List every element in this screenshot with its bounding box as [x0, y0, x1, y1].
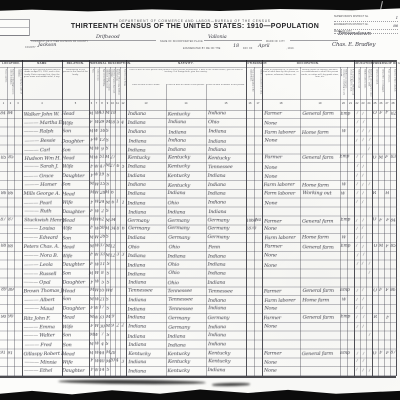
handwritten-cell: Indiana — [208, 305, 258, 312]
handwritten-cell: Emp — [339, 155, 346, 160]
handwritten-cell: M — [89, 342, 94, 347]
column-number: 14 — [166, 102, 206, 105]
handwritten-cell: ∕ — [360, 288, 366, 292]
handwritten-cell: W — [94, 191, 99, 196]
handwritten-cell: Indiana — [207, 279, 257, 286]
handwritten-cell: ∕ — [360, 252, 366, 256]
column-header-text: General nature of industry, business, or… — [301, 69, 339, 98]
handwritten-cell: F — [378, 218, 384, 223]
handwritten-cell: Wd — [106, 289, 111, 294]
handwritten-cell: S — [105, 298, 110, 303]
handwritten-cell: Daughter — [62, 368, 89, 374]
handwritten-cell: ∕ — [354, 138, 360, 142]
handwritten-cell: ∕ — [360, 324, 366, 328]
handwritten-cell: Tennessee — [208, 289, 258, 295]
column-header-text-vertical: Attended school any time since September… — [367, 69, 372, 97]
column-header-text-vertical: Farm or house. — [385, 69, 390, 97]
column-header-text-vertical: House number. — [1, 69, 7, 97]
handwritten-cell: None — [264, 120, 312, 127]
handwritten-cell: ∕ — [366, 146, 372, 150]
handwritten-cell: F — [378, 288, 384, 293]
handwritten-cell: Son — [62, 236, 89, 242]
handwritten-cell: Head — [62, 156, 89, 162]
handwritten-cell: S — [106, 262, 111, 267]
handwritten-cell: F — [384, 110, 390, 115]
handwritten-cell: S — [105, 271, 110, 276]
handwritten-cell: Son — [62, 332, 89, 338]
handwritten-cell: None — [264, 200, 312, 207]
handwritten-cell: ∕ — [360, 359, 366, 363]
handwritten-cell: F — [378, 350, 384, 355]
handwritten-cell: Daughter — [62, 209, 89, 215]
handwritten-cell: Wife — [62, 253, 89, 259]
column-header-text: Place of birth of Mother of this person. — [207, 84, 245, 98]
handwritten-cell: Indiana — [207, 261, 257, 268]
handwritten-cell: Wife — [63, 164, 90, 170]
handwritten-cell: Indiana — [207, 298, 257, 305]
handwritten-cell: S — [105, 129, 110, 134]
column-number: 28 — [390, 102, 396, 105]
handwritten-cell: 40 — [99, 360, 105, 365]
handwritten-cell: 91 — [0, 350, 6, 355]
handwritten-cell: Indiana — [207, 181, 257, 188]
handwritten-cell: 85 — [390, 244, 396, 249]
handwritten-cell: S — [105, 182, 110, 187]
handwritten-cell: O — [372, 351, 378, 356]
table-vertical-line — [396, 60, 397, 376]
handwritten-cell: M — [105, 227, 110, 232]
column-number: 15 — [206, 102, 246, 105]
handwritten-cell: Daughter — [62, 173, 89, 179]
handwritten-cell: M — [89, 146, 94, 151]
census-sheet-scan: STATE Indiana COUNTY Jackson DEPARTMENT … — [0, 0, 400, 400]
handwritten-cell: ∕ — [354, 120, 360, 124]
handwritten-cell: Kentucky — [208, 350, 258, 356]
handwritten-cell: 14 — [99, 368, 105, 373]
column-number: 5 — [62, 102, 89, 105]
nativity-note: Place of birth of each person and parent… — [127, 69, 245, 83]
column-header-text-vertical: Whether naturalized or alien. — [255, 69, 262, 97]
handwritten-cell: 1 — [120, 200, 126, 205]
handwritten-cell: Indiana — [208, 332, 258, 339]
handwritten-cell: None — [263, 252, 311, 258]
handwritten-cell: 90 — [0, 315, 7, 320]
handwritten-cell: Indiana — [207, 367, 257, 374]
handwritten-cell: Ohio — [207, 119, 257, 126]
handwritten-cell: Son — [62, 128, 89, 134]
column-header-text: Place of birth of Father of this person. — [167, 84, 205, 98]
handwritten-cell: ∕ — [359, 226, 365, 230]
number-row-top — [0, 99, 396, 100]
handwritten-cell: Wife — [62, 121, 89, 127]
handwritten-cell: Emp — [341, 244, 348, 249]
handwritten-cell: ∕ — [366, 182, 372, 186]
column-header-text-vertical: Number of dwelling house in order of vis… — [8, 69, 14, 97]
handwritten-cell: 84 — [390, 218, 396, 223]
handwritten-cell: W — [340, 129, 347, 134]
handwritten-cell: None — [264, 165, 312, 171]
column-group-label: NATIVITY. — [126, 61, 246, 65]
handwritten-cell: ∕ — [360, 165, 366, 169]
handwritten-cell: Penn — [208, 244, 258, 251]
handwritten-cell: ∕ — [360, 137, 366, 141]
handwritten-cell: Indiana — [207, 270, 257, 277]
handwritten-cell: ∕ — [366, 369, 372, 373]
handwritten-cell: W — [340, 182, 347, 187]
handwritten-cell: F — [89, 120, 94, 125]
handwritten-cell: Son — [61, 182, 88, 188]
handwritten-cell: 88 — [7, 244, 14, 249]
handwritten-cell: 87 — [390, 350, 396, 355]
handwritten-cell: None — [263, 368, 311, 375]
handwritten-cell: M — [105, 111, 110, 116]
handwritten-cell: 18 — [110, 120, 115, 125]
handwritten-cell: Head — [62, 244, 89, 250]
handwritten-cell: M — [104, 155, 109, 160]
handwritten-cell: None — [264, 306, 312, 313]
column-header-text-vertical: If an employee—Whether out of work on Ap… — [348, 69, 354, 97]
handwritten-cell: 83 — [390, 155, 396, 160]
handwritten-cell: ∕ — [354, 315, 360, 319]
handwritten-cell: None — [264, 323, 312, 330]
column-header-text-vertical: Whether single, married, widowed, or div… — [106, 69, 110, 97]
handwritten-cell: 6 — [120, 227, 126, 232]
handwritten-cell: S — [105, 280, 110, 285]
column-number: 21 — [347, 102, 354, 105]
column-header-text-vertical: Color or race. — [95, 69, 99, 97]
handwritten-cell: Emp — [340, 350, 347, 355]
handwritten-cell: 27 — [110, 156, 115, 161]
handwritten-cell: Indiana — [207, 253, 257, 259]
handwritten-cell: Son — [62, 296, 89, 302]
handwritten-cell: 89 — [7, 288, 14, 293]
column-header-text-vertical: Number now living. — [121, 69, 126, 97]
handwritten-cell: S — [105, 173, 110, 178]
handwritten-cell: ∕ — [360, 351, 366, 355]
handwritten-cell: Indiana — [207, 173, 257, 180]
handwritten-cell: ∕ — [366, 129, 372, 133]
handwritten-cell: 2 — [120, 323, 126, 328]
handwritten-cell: Emp — [340, 288, 347, 293]
handwritten-cell: ∕ — [360, 112, 366, 116]
group-underline — [0, 67, 396, 68]
handwritten-cell: 90 — [7, 314, 14, 319]
handwritten-cell: Son — [62, 270, 89, 276]
handwritten-cell: W — [93, 129, 98, 134]
column-number: 13 — [126, 102, 166, 105]
handwritten-cell: 3 — [120, 360, 126, 365]
handwritten-cell: 18 — [110, 111, 115, 116]
handwritten-cell: 84 — [0, 111, 6, 116]
handwritten-cell: 87 — [7, 217, 14, 222]
column-header-text-vertical: Number of farm schedule. — [391, 69, 396, 97]
handwritten-cell: None — [264, 137, 312, 143]
handwritten-cell: 20 — [110, 351, 115, 356]
column-header-text-vertical: Mother of how many children: Number born… — [116, 69, 120, 97]
handwritten-cell: Indiana — [208, 146, 258, 153]
handwritten-cell: 43 — [99, 111, 105, 116]
column-header-text-vertical: Age at last birthday. — [100, 69, 105, 97]
column-group-label: RELATION. — [62, 61, 89, 65]
handwritten-cell: 5 — [120, 165, 126, 170]
column-header-text-vertical: Whether able to write. — [361, 69, 366, 97]
handwritten-cell: Daughter — [62, 279, 89, 285]
handwritten-cell: ∕ — [360, 128, 366, 132]
handwritten-cell: M — [89, 351, 94, 356]
handwritten-cell: F — [89, 226, 94, 231]
handwritten-cell: O — [372, 156, 378, 161]
column-header-text-vertical: Whether an employer, employee, or workin… — [341, 69, 347, 97]
handwritten-cell: F — [383, 155, 389, 160]
handwritten-cell: Head — [62, 289, 89, 295]
handwritten-cell: ∕ — [360, 120, 366, 124]
handwritten-cell: ∕ — [366, 332, 372, 336]
column-number: 17 — [254, 102, 262, 105]
handwritten-cell: Wife — [61, 226, 88, 232]
column-number: 2 — [7, 102, 14, 105]
handwritten-cell: Daughter — [63, 306, 90, 312]
handwritten-cell: M — [88, 271, 93, 276]
handwritten-cell: M — [88, 112, 93, 117]
column-header-text: Trade or profession of, or particular ki… — [263, 69, 299, 98]
handwritten-cell: F — [89, 262, 94, 267]
handwritten-cell: Emp — [340, 314, 347, 319]
handwritten-cell: 11 — [99, 262, 105, 267]
handwritten-cell: Head — [62, 217, 89, 223]
handwritten-cell: ∕ — [361, 315, 367, 319]
handwritten-cell: None — [263, 262, 311, 269]
handwritten-cell: 89 — [0, 288, 7, 293]
column-header-text-vertical: Owned free or mortgaged. — [379, 69, 384, 97]
handwritten-cell: None — [264, 360, 312, 366]
handwritten-cell: W — [339, 191, 346, 196]
column-header-text: Place of birth of this Person. — [127, 84, 165, 98]
column-number: 19 — [300, 102, 340, 105]
column-number: 3 — [14, 102, 22, 105]
handwritten-cell: Indiana — [207, 190, 257, 196]
handwritten-cell: ∕ — [354, 244, 360, 248]
table-bottom-border — [0, 376, 396, 378]
handwritten-cell: Son — [63, 342, 90, 348]
handwritten-cell: ∕ — [359, 306, 365, 310]
handwritten-cell: 82 — [391, 112, 397, 117]
handwritten-cell: Kentucky — [208, 359, 258, 366]
handwritten-cell: 17 — [99, 306, 105, 311]
paper-background: STATE Indiana COUNTY Jackson DEPARTMENT … — [0, 0, 400, 400]
handwritten-cell: M — [105, 218, 110, 223]
column-group-label: CITIZENSHIP. — [246, 61, 262, 65]
handwritten-cell: Emp — [340, 112, 347, 117]
handwritten-cell: W — [340, 298, 347, 303]
handwritten-cell: ∕ — [360, 297, 366, 301]
handwritten-cell: 12 — [110, 245, 115, 250]
handwritten-cell: 86 — [0, 191, 7, 196]
handwritten-cell: Tennessee — [208, 164, 258, 170]
handwritten-cell: M — [104, 190, 109, 195]
column-header-text: NAME of each person whose place of abode… — [23, 69, 61, 98]
column-group-label: EDUCATION. — [354, 61, 372, 65]
handwritten-cell: Daughter — [61, 138, 88, 144]
column-number: 16 — [246, 102, 254, 105]
handwritten-cell: R — [371, 191, 377, 196]
handwritten-cell: W — [94, 236, 99, 241]
handwritten-cell: M — [378, 244, 384, 249]
handwritten-cell: S — [105, 235, 110, 240]
handwritten-cell: S — [105, 333, 110, 338]
handwritten-cell: Head — [62, 111, 89, 117]
handwritten-cell: M — [89, 298, 94, 303]
handwritten-cell: ∕ — [360, 183, 366, 187]
handwritten-cell: 86 — [7, 191, 14, 196]
column-number: 1 — [0, 102, 7, 105]
column-header-text-vertical: Number of years of present marriage. — [111, 69, 115, 97]
column-number: 20 — [340, 102, 347, 105]
handwritten-cell: 33 — [98, 315, 104, 320]
handwritten-cell: 84 — [7, 111, 14, 116]
handwritten-cell: 39 — [99, 120, 105, 125]
handwritten-cell: F — [89, 209, 94, 214]
handwritten-cell: 6 — [110, 190, 115, 195]
handwritten-cell: Wife — [62, 360, 89, 366]
handwritten-cell: ∕ — [359, 261, 365, 265]
handwritten-cell: Indiana — [208, 341, 258, 347]
handwritten-cell: 55 — [99, 289, 105, 294]
handwritten-cell: Indiana — [208, 138, 258, 145]
handwritten-cell: S — [104, 146, 109, 151]
handwritten-cell: 12 — [110, 254, 115, 259]
handwritten-cell: 1870 — [246, 227, 254, 232]
handwritten-cell: 3 — [120, 253, 126, 258]
handwritten-cell: Emp — [340, 217, 347, 222]
handwritten-cell: ∕ — [360, 191, 366, 195]
handwritten-cell: ∕ — [366, 270, 372, 274]
handwritten-cell: ∕ — [360, 200, 366, 204]
handwritten-cell: ∕ — [354, 298, 360, 302]
handwritten-cell: ∕ — [359, 235, 365, 239]
column-header-text-vertical: Sex. — [90, 69, 94, 97]
column-header-text-vertical: Year of immigration to the United States… — [247, 69, 254, 97]
census-table: LOCATION.NAMERELATION.PERSONAL DESCRIPTI… — [0, 0, 400, 400]
handwritten-cell: S — [105, 307, 110, 312]
handwritten-cell: Wife — [62, 324, 89, 330]
handwritten-cell: Wife — [62, 199, 89, 205]
handwritten-cell: Head — [62, 314, 89, 321]
handwritten-cell: W — [94, 253, 99, 258]
handwritten-cell: Indiana — [207, 110, 257, 116]
column-header-text-vertical: Owned or rented. — [373, 69, 378, 97]
handwritten-cell: 34 — [110, 217, 115, 222]
handwritten-cell: Indiana — [207, 199, 257, 205]
handwritten-cell: ∕ — [360, 368, 366, 372]
column-group-label: NAME — [22, 61, 62, 65]
handwritten-cell: 87 — [0, 217, 7, 222]
column-header-text-vertical: Whether able to read. — [355, 69, 360, 97]
handwritten-cell: ∕ — [360, 218, 366, 222]
column-group-label: LOCATION. — [0, 61, 22, 65]
handwritten-cell: ∕ — [359, 155, 365, 159]
handwritten-cell: ∕ — [353, 218, 359, 222]
handwritten-cell: Na — [254, 217, 262, 222]
handwritten-cell: W — [93, 333, 98, 338]
handwritten-cell: 24 — [99, 200, 105, 205]
column-header-text-vertical: Number of family in order of visitation. — [15, 69, 22, 97]
handwritten-cell: W — [94, 165, 99, 170]
handwritten-cell: 91 — [7, 351, 14, 356]
handwritten-cell: ∕ — [360, 173, 366, 177]
handwritten-cell: Indiana — [208, 324, 258, 331]
handwritten-cell: Germany — [207, 315, 257, 321]
column-number: 4 — [22, 102, 62, 105]
column-number: 18 — [262, 102, 300, 105]
handwritten-cell: 86 — [390, 288, 396, 293]
handwritten-cell: Head — [62, 191, 89, 197]
handwritten-cell: 4 — [119, 121, 125, 126]
handwritten-cell: Daughter — [62, 261, 89, 267]
handwritten-cell: 44 — [99, 351, 105, 356]
handwritten-cell: R — [372, 315, 378, 320]
handwritten-cell: S — [105, 138, 110, 143]
handwritten-cell: S — [105, 208, 110, 213]
handwritten-cell: 62 — [99, 217, 105, 222]
column-group-label: OWNERSHIP OF HOME. — [372, 61, 396, 65]
handwritten-cell: 9 — [110, 314, 115, 319]
column-header-text: Relationship of this person to the head … — [63, 69, 88, 98]
handwritten-cell: ∕ — [354, 359, 360, 363]
handwritten-cell: ∕ — [354, 368, 360, 372]
column-group-label: PERSONAL DESCRIPTION. — [89, 61, 126, 65]
column-group-label: OCCUPATION. — [262, 61, 354, 65]
handwritten-cell: Son — [61, 147, 88, 153]
handwritten-cell: None — [263, 226, 311, 232]
handwritten-cell: 85 — [7, 156, 14, 161]
handwritten-cell: W — [340, 236, 347, 241]
handwritten-cell: Indiana — [208, 209, 258, 215]
handwritten-cell: S — [104, 342, 109, 347]
handwritten-cell: Head — [62, 351, 89, 358]
handwritten-cell: W — [93, 156, 98, 161]
handwritten-cell: ∕ — [360, 245, 366, 249]
handwritten-cell: H — [384, 191, 390, 196]
handwritten-cell: 85 — [0, 156, 7, 161]
handwritten-cell: W — [93, 137, 98, 142]
handwritten-cell: ∕ — [367, 137, 373, 141]
handwritten-cell: 19 — [98, 173, 104, 178]
handwritten-cell: 27 — [110, 164, 115, 169]
handwritten-cell: ∕ — [366, 261, 372, 265]
handwritten-cell: S — [105, 368, 110, 373]
handwritten-cell: F — [385, 316, 391, 321]
handwritten-cell: Indiana — [208, 128, 258, 135]
handwritten-cell: None — [264, 173, 312, 180]
